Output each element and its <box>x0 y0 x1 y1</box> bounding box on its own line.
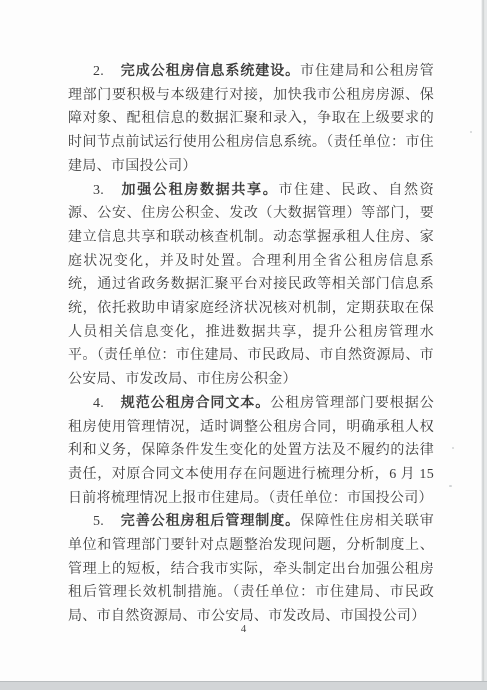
item-body: 市住建、民政、自然资源、公安、住房公积金、发改（大数据管理）等部门，要建立信息共… <box>68 183 434 388</box>
item-title: 加强公租房数据共享。 <box>120 183 278 198</box>
item-title: 完善公租房租后管理制度。 <box>120 514 300 529</box>
scan-bottom-edge-shadow <box>0 681 487 690</box>
scan-speck <box>470 131 472 133</box>
item-number: 4. <box>93 392 104 416</box>
scanned-document-page: 2.完成公租房信息系统建设。市住建局和公租房管理部门要积极与本级建行对接，加快我… <box>0 0 487 690</box>
list-item-3: 3.加强公租房数据共享。市住建、民政、自然资源、公安、住房公积金、发改（大数据管… <box>68 179 434 392</box>
list-item-4: 4.规范公租房合同文本。公租房管理部门要根据公租房使用管理情况，适时调整公租房合… <box>68 392 434 511</box>
item-number: 5. <box>93 510 104 534</box>
list-item-5: 5.完善公租房租后管理制度。保障性住房相关联审单位和管理部门要针对点题整治发现问… <box>68 510 434 629</box>
document-body: 2.完成公租房信息系统建设。市住建局和公租房管理部门要积极与本级建行对接，加快我… <box>68 60 434 629</box>
list-item-2: 2.完成公租房信息系统建设。市住建局和公租房管理部门要积极与本级建行对接，加快我… <box>68 60 434 179</box>
item-body: 保障性住房相关联审单位和管理部门要针对点题整治发现问题，分析制度上、管理上的短板… <box>68 514 434 624</box>
scan-speck <box>449 485 452 487</box>
item-number: 2. <box>93 60 104 84</box>
scan-right-edge-shadow <box>481 0 487 690</box>
item-title: 规范公租房合同文本。 <box>120 396 270 411</box>
item-number: 3. <box>93 179 104 203</box>
item-title: 完成公租房信息系统建设。 <box>120 64 300 79</box>
page-number: 4 <box>0 623 487 635</box>
item-body: 公租房管理部门要根据公租房使用管理情况，适时调整公租房合同，明确承租人权利和义务… <box>68 396 434 506</box>
scan-speck <box>452 447 454 449</box>
item-body: 市住建局和公租房管理部门要积极与本级建行对接，加快我市公租房房源、保障对象、配租… <box>68 64 434 174</box>
